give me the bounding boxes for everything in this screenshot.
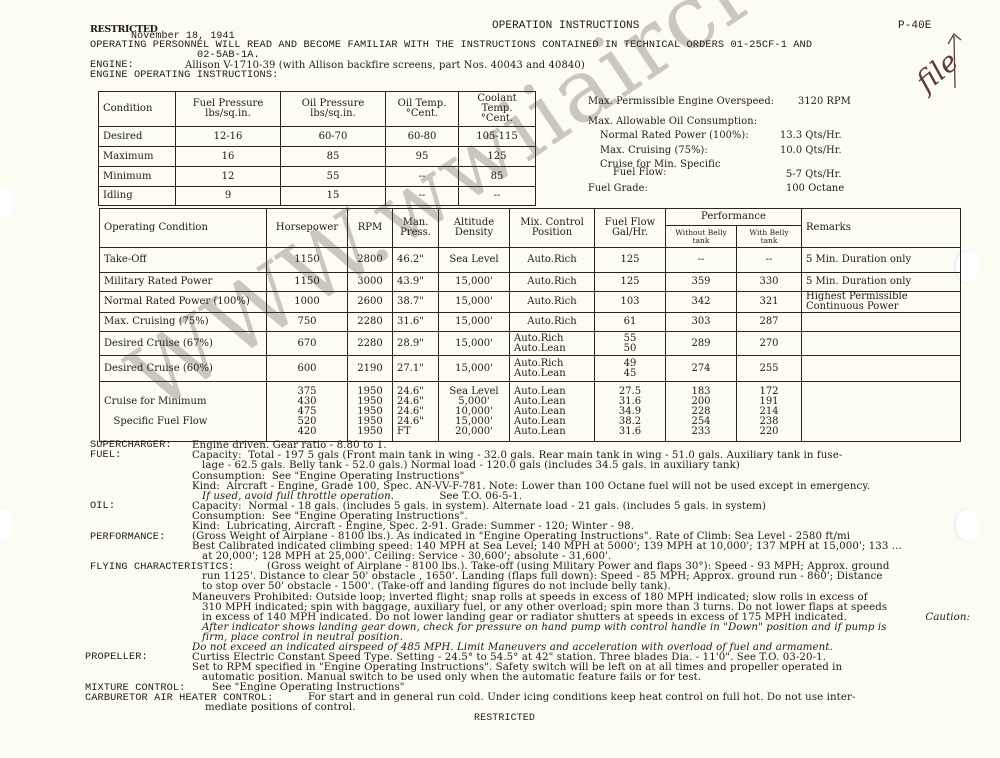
col-header-altitude-density: AltitudeDensity — [439, 209, 510, 248]
overspeed-label: Max. Permissible Engine Overspeed: — [588, 96, 774, 107]
col-header-horsepower: Horsepower — [267, 209, 348, 248]
col-header-oil-temp: Oil Temp.°Cent. — [386, 92, 459, 127]
overspeed-value: 3120 RPM — [798, 96, 851, 107]
aircraft-designation: P-40E — [898, 21, 932, 32]
table-row: Desired 12-16 60-70 60-80 105-115 — [99, 127, 536, 147]
oil-normal-rated-value: 13.3 Qts/Hr. — [780, 130, 842, 141]
col-header-mix-control: Mix. ControlPosition — [510, 209, 595, 248]
col-header-with-belly-tank: With Bellytank — [737, 226, 802, 248]
document-page: RESTRICTED OPERATION INSTRUCTIONS P-40E … — [0, 0, 1000, 758]
oil-consumption-label: Max. Allowable Oil Consumption: — [588, 116, 757, 127]
table-row: Maximum 16 85 95 125 — [99, 147, 536, 167]
table-row: Minimum 12 55 -- 85 — [99, 167, 536, 187]
col-header-performance: Performance — [666, 209, 802, 226]
classification-bottom: RESTRICTED — [474, 713, 535, 724]
oil-max-cruising-value: 10.0 Qts/Hr. — [780, 145, 842, 156]
col-header-without-belly-tank: Without Bellytank — [666, 226, 737, 248]
fuel-grade-value: 100 Octane — [786, 183, 844, 194]
col-header-operating-condition: Operating Condition — [100, 209, 267, 248]
col-header-rpm: RPM — [348, 209, 393, 248]
oil-min-specific-label-2: Fuel Flow: — [613, 168, 667, 177]
table-row: Max. Cruising (75%) 750 2280 31.6" 15,00… — [100, 313, 961, 332]
handwritten-arrow-icon — [945, 30, 965, 90]
oil-normal-rated-label: Normal Rated Power (100%): — [600, 130, 749, 141]
performance-label: PERFORMANCE: — [90, 532, 165, 543]
col-header-fuel-pressure: Fuel Pressurelbs/sq.in. — [176, 92, 281, 127]
punch-hole — [954, 508, 980, 542]
table-row: Idling 9 15 -- -- — [99, 187, 536, 206]
propeller-label: PROPELLER: — [85, 652, 148, 663]
operating-conditions-table: Operating Condition Horsepower RPM Man.P… — [99, 208, 961, 442]
table-row: Take-Off 1150 2800 46.2" Sea Level Auto.… — [100, 248, 961, 273]
col-header-man-press: Man.Press. — [393, 209, 439, 248]
col-header-oil-pressure: Oil Pressurelbs/sq.in. — [281, 92, 386, 127]
col-header-fuel-flow: Fuel FlowGal/Hr. — [595, 209, 666, 248]
fuel-grade-label: Fuel Grade: — [588, 183, 648, 194]
oil-min-specific-value: 5-7 Qts/Hr. — [786, 169, 842, 180]
fuel-label: FUEL: — [90, 450, 121, 461]
engine-instructions-label: ENGINE OPERATING INSTRUCTIONS: — [90, 70, 278, 81]
oil-label: OIL: — [90, 501, 115, 512]
table-row: Cruise for Minimum Specific Fuel Flow 37… — [100, 382, 961, 442]
oil-max-cruising-label: Max. Cruising (75%): — [600, 145, 708, 156]
table-row: Desired Cruise (67%) 670 2280 28.9" 15,0… — [100, 332, 961, 356]
table-row: Desired Cruise (60%) 600 2190 27.1" 15,0… — [100, 356, 961, 382]
col-header-remarks: Remarks — [802, 209, 961, 248]
col-header-condition: Condition — [99, 92, 176, 127]
punch-hole — [0, 508, 14, 542]
page-title: OPERATION INSTRUCTIONS — [492, 21, 639, 32]
col-header-coolant-temp: Coolant Temp.°Cent. — [459, 92, 536, 127]
table-row: Normal Rated Power (100%) 1000 2600 38.7… — [100, 292, 961, 313]
engine-conditions-table: Condition Fuel Pressurelbs/sq.in. Oil Pr… — [98, 91, 536, 206]
table-row: Military Rated Power 1150 3000 43.9" 15,… — [100, 273, 961, 292]
punch-hole — [0, 185, 14, 219]
